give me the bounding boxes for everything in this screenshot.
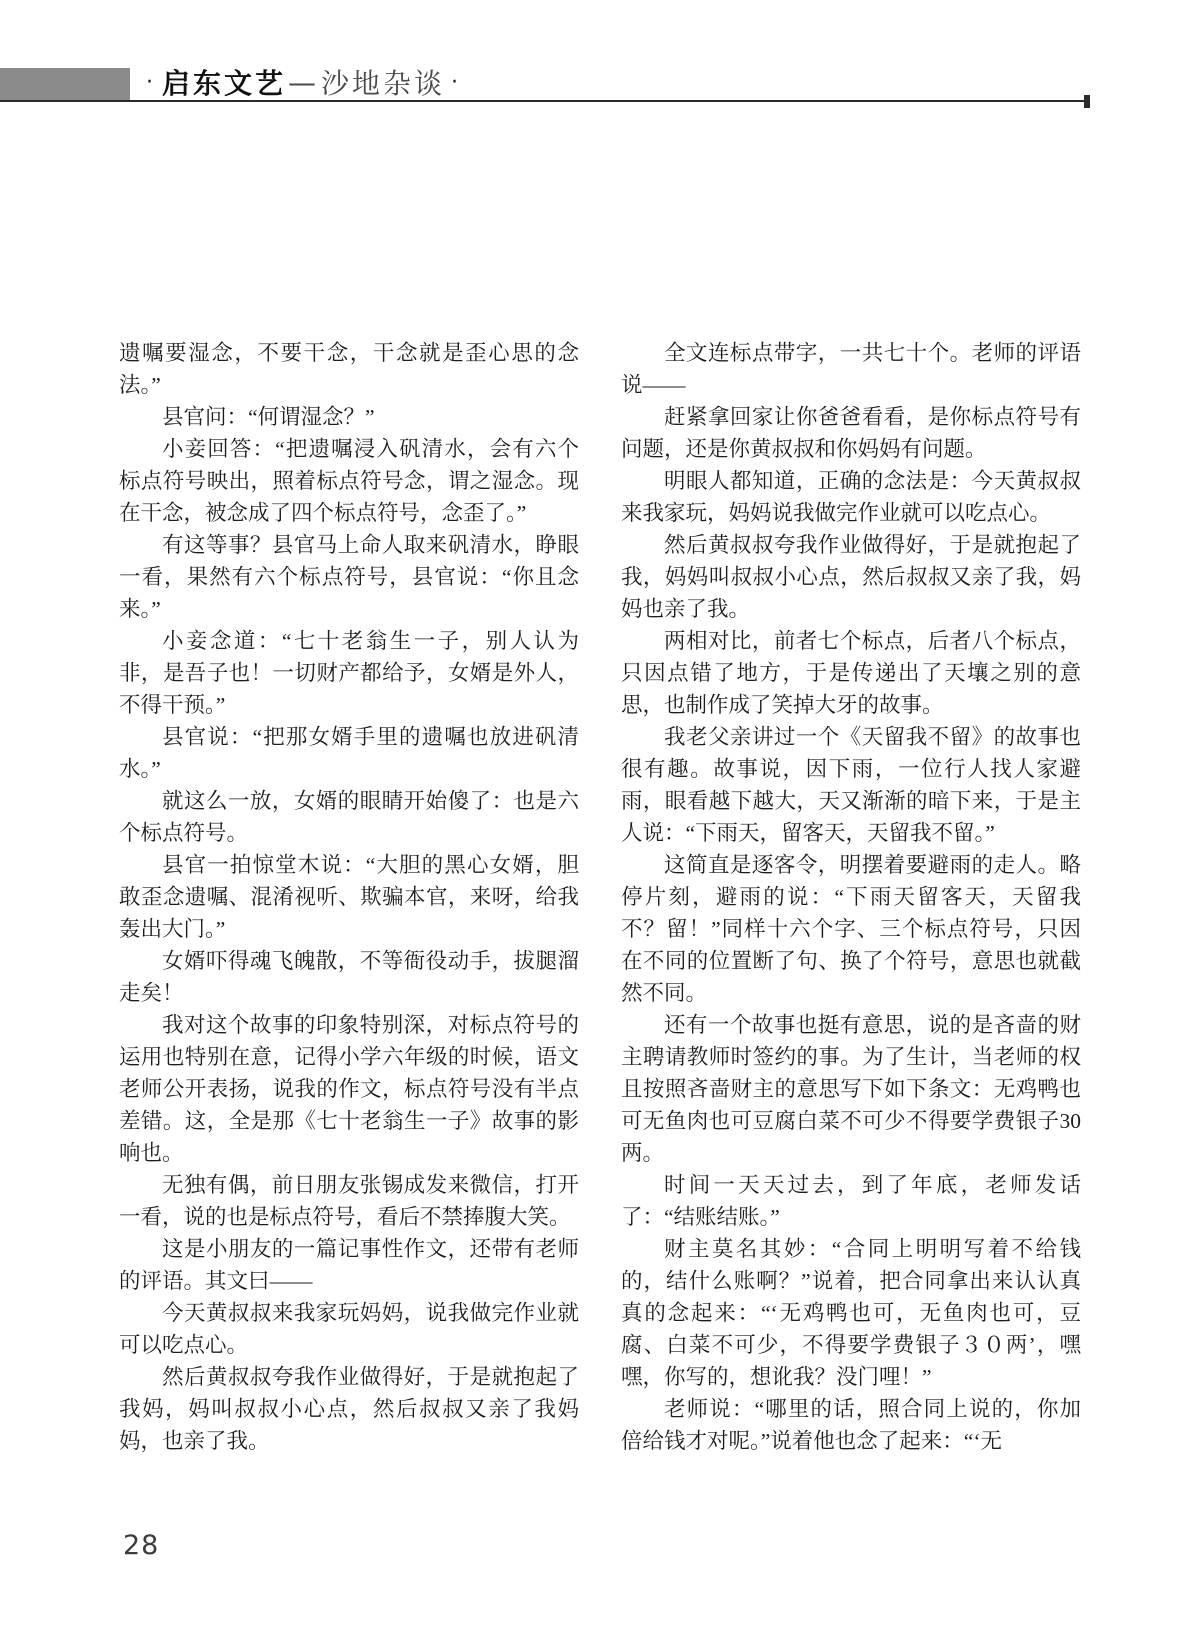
paragraph: 两相对比，前者七个标点，后者八个标点，只因点错了地方，于是传递出了天壤之别的意思… [621, 625, 1081, 721]
running-head-right-dot: · [451, 70, 461, 95]
paragraph: 这简直是逐客令，明摆着要避雨的走人。略停片刻，避雨的说：“下雨天留客天，天留我不… [621, 849, 1081, 1009]
paragraph: 我对这个故事的印象特别深，对标点符号的运用也特别在意，记得小学六年级的时候，语文… [119, 1009, 579, 1169]
paragraph: 还有一个故事也挺有意思，说的是吝啬的财主聘请教师时签约的事。为了生计，当老师的权… [621, 1009, 1081, 1169]
page-number: 28 [123, 1530, 159, 1561]
paragraph: 赶紧拿回家让你爸爸看看，是你标点符号有问题，还是你黄叔叔和你妈妈有问题。 [621, 401, 1081, 465]
paragraph: 老师说：“哪里的话，照合同上说的，你加倍给钱才对呢。”说着他也念了起来：“‘无 [621, 1393, 1081, 1457]
paragraph: 明眼人都知道，正确的念法是：今天黄叔叔来我家玩，妈妈说我做完作业就可以吃点心。 [621, 465, 1081, 529]
paragraph: 遗嘱要湿念，不要干念，干念就是歪心思的念法。” [119, 337, 579, 401]
paragraph: 小妾回答：“把遗嘱浸入矾清水，会有六个标点符号映出，照着标点符号念，谓之湿念。现… [119, 433, 579, 529]
header-rule-end-tick [1084, 95, 1090, 108]
text-column-right: 全文连标点带字，一共七十个。老师的评语说——赶紧拿回家让你爸爸看看，是你标点符号… [621, 337, 1081, 1457]
paragraph: 时间一天天过去，到了年底，老师发话了：“结账结账。” [621, 1169, 1081, 1233]
paragraph: 小妾念道：“七十老翁生一子，别人认为非，是吾子也！一切财产都给予，女婿是外人，不… [119, 625, 579, 721]
paragraph: 有这等事？县官马上命人取来矾清水，睁眼一看，果然有六个标点符号，县官说：“你且念… [119, 529, 579, 625]
running-head-left-dot: · [146, 70, 156, 95]
magazine-title: 启东文艺 [162, 62, 286, 102]
magazine-page: · 启东文艺 — 沙地杂谈 · 遗嘱要湿念，不要干念，干念就是歪心思的念法。”县… [0, 0, 1200, 1639]
paragraph: 就这么一放，女婿的眼睛开始傻了：也是六个标点符号。 [119, 785, 579, 849]
paragraph: 县官说：“把那女婿手里的遗嘱也放进矾清水。” [119, 721, 579, 785]
running-head: · 启东文艺 — 沙地杂谈 · [140, 63, 467, 101]
header-gray-bar [0, 68, 130, 101]
paragraph: 然后黄叔叔夸我作业做得好，于是就抱起了我妈，妈叫叔叔小心点，然后叔叔又亲了我妈妈… [119, 1361, 579, 1457]
paragraph: 然后黄叔叔夸我作业做得好，于是就抱起了我，妈妈叫叔叔小心点，然后叔叔又亲了我，妈… [621, 529, 1081, 625]
running-head-dash: — [288, 66, 319, 99]
paragraph: 女婿吓得魂飞魄散，不等衙役动手，拔腿溜走矣！ [119, 945, 579, 1009]
paragraph: 这是小朋友的一篇记事性作文，还带有老师的评语。其文曰—— [119, 1233, 579, 1297]
paragraph: 今天黄叔叔来我家玩妈妈，说我做完作业就可以吃点心。 [119, 1297, 579, 1361]
paragraph: 无独有偶，前日朋友张锡成发来微信，打开一看，说的也是标点符号，看后不禁捧腹大笑。 [119, 1169, 579, 1233]
column-title: 沙地杂谈 [321, 62, 445, 102]
paragraph: 县官一拍惊堂木说：“大胆的黑心女婿，胆敢歪念遗嘱、混淆视听、欺骗本官，来呀，给我… [119, 849, 579, 945]
paragraph: 县官问：“何谓湿念？” [119, 401, 579, 433]
text-column-left: 遗嘱要湿念，不要干念，干念就是歪心思的念法。”县官问：“何谓湿念？”小妾回答：“… [119, 337, 579, 1457]
paragraph: 财主莫名其妙：“合同上明明写着不给钱的，结什么账啊？”说着，把合同拿出来认认真真… [621, 1233, 1081, 1393]
header-rule [0, 100, 1088, 102]
paragraph: 我老父亲讲过一个《天留我不留》的故事也很有趣。故事说，因下雨，一位行人找人家避雨… [621, 721, 1081, 849]
paragraph: 全文连标点带字，一共七十个。老师的评语说—— [621, 337, 1081, 401]
